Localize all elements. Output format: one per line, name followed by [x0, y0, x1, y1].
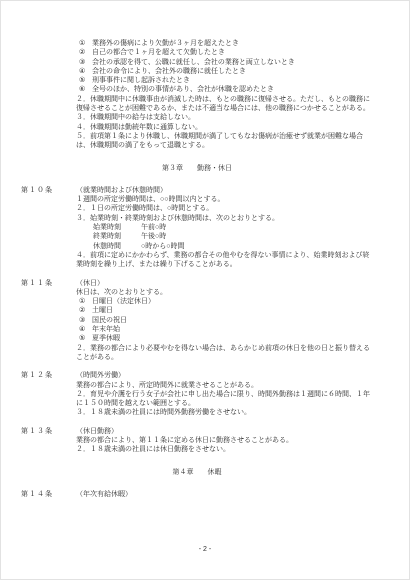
- article-body: （時間外労働）業務の都合により、所定時間外に就業させることがある。２．育児や介護…: [76, 371, 373, 417]
- document-page: ①業務外の傷病により欠勤が３ヶ月を超えたとき②自己の都合で１ヶ月を超えて欠勤した…: [0, 0, 410, 580]
- list-item-text: 業務外の傷病により欠勤が３ヶ月を超えたとき: [92, 39, 373, 48]
- clause-text: ２．業務の都合により必要やむを得ない場合は、あらかじめ前項の休日を他の日と振り替…: [76, 344, 373, 363]
- circled-number-icon: ②: [79, 306, 92, 315]
- clause-text: 業務の都合により、第１１条に定める休日に勤務させることがある。: [76, 436, 373, 445]
- numbered-list-item: ①日曜日（法定休日）: [76, 297, 373, 306]
- numbered-list-item: ④年末年始: [76, 325, 373, 334]
- article-title: （時間外労働）: [76, 371, 373, 380]
- circled-number-icon: ①: [79, 297, 92, 306]
- clause-text: 業務の都合により、所定時間外に就業させることがある。: [76, 381, 373, 390]
- article: 第１２条（時間外労働）業務の都合により、所定時間外に就業させることがある。２．育…: [21, 371, 373, 417]
- schedule-label: 終業時刻: [93, 232, 141, 241]
- circled-number-icon: ④: [79, 325, 92, 334]
- list-item-text: 全号のほか、特別の事情があり、会社が休職を認めたとき: [92, 85, 373, 94]
- numbered-list-item: ⑥全号のほか、特別の事情があり、会社が休職を認めたとき: [76, 85, 373, 94]
- clause-text: 休日は、次のとおりとする。: [76, 288, 373, 297]
- document-body: ①業務外の傷病により欠勤が３ヶ月を超えたとき②自己の都合で１ヶ月を超えて欠勤した…: [21, 39, 373, 508]
- article-number: 第１３条: [21, 427, 76, 455]
- article-number: 第１４条: [21, 490, 76, 499]
- numbered-list-item: ③国民の祝日: [76, 316, 373, 325]
- list-item-text: 刑事事件に関し起訴されたとき: [92, 76, 373, 85]
- schedule-row: 終業時刻午後○時: [76, 232, 373, 241]
- schedule-row: 休憩時間○時から○時間: [76, 242, 373, 251]
- circled-number-icon: ⑤: [79, 76, 92, 85]
- circled-number-icon: ⑥: [79, 85, 92, 94]
- numbered-list-item: ④会社の命令により、会社外の職務に就任したとき: [76, 67, 373, 76]
- clause-text: ２．休職期間中に休職事由が消滅した時は、もとの職務に復帰させる。ただし、もとの職…: [76, 95, 373, 114]
- list-item-text: 国民の祝日: [92, 316, 373, 325]
- circled-number-icon: ③: [79, 316, 92, 325]
- numbered-list-item: ⑤刑事事件に関し起訴されたとき: [76, 76, 373, 85]
- article-body: （年次有給休暇）: [76, 490, 373, 499]
- circled-number-icon: ④: [79, 67, 92, 76]
- list-item-text: 会社の命令により、会社外の職務に就任したとき: [92, 67, 373, 76]
- article-number: 第１１条: [21, 279, 76, 363]
- clause-text: ３．１８歳未満の社員には時間外勤務労働をさせない。: [76, 408, 373, 417]
- article-title: （休日）: [76, 279, 373, 288]
- clause-text: ３．始業時刻・終業時刻および休憩時間は、次のとおりとする。: [76, 214, 373, 223]
- clause-text: ４．休職期間は勤続年数に通算しない。: [76, 123, 373, 132]
- numbered-list-item: ③会社の承認を得て、公職に就任し、会社の業務と両立しないとき: [76, 58, 373, 67]
- clause-text: １週間の所定労働時間は、○○時間以内とする。: [76, 195, 373, 204]
- clause-text: ２．１日の所定労働時間は、○時間とする。: [76, 204, 373, 213]
- circled-number-icon: ①: [79, 39, 92, 48]
- circled-number-icon: ③: [79, 58, 92, 67]
- circled-number-icon: ⑤: [79, 334, 92, 343]
- article-body: （休日）休日は、次のとおりとする。①日曜日（法定休日）②土曜日③国民の祝日④年末…: [76, 279, 373, 363]
- clause-text: ２．育児や介護を行う女子が会社に申し出た場合に限り、時間外勤務は１週間に６時間、…: [76, 390, 373, 409]
- list-item-text: 年末年始: [92, 325, 373, 334]
- article: 第１３条（休日勤務）業務の都合により、第１１条に定める休日に勤務させることがある…: [21, 427, 373, 455]
- schedule-label: 始業時刻: [93, 223, 141, 232]
- article-number: 第１２条: [21, 371, 76, 417]
- chapter-heading: 第４章 休暇: [21, 468, 373, 477]
- article: 第１４条（年次有給休暇）: [21, 490, 373, 499]
- schedule-value: 午後○時: [141, 232, 166, 241]
- article: 第１１条（休日）休日は、次のとおりとする。①日曜日（法定休日）②土曜日③国民の祝…: [21, 279, 373, 363]
- circled-number-icon: ②: [79, 48, 92, 57]
- numbered-list-item: ⑤夏季休暇: [76, 334, 373, 343]
- numbered-list-item: ①業務外の傷病により欠勤が３ヶ月を超えたとき: [76, 39, 373, 48]
- list-item-text: 会社の承認を得て、公職に就任し、会社の業務と両立しないとき: [92, 58, 373, 67]
- list-item-text: 土曜日: [92, 306, 373, 315]
- numbered-list-item: ②土曜日: [76, 306, 373, 315]
- article-body: （就業時間および休憩時間）１週間の所定労働時間は、○○時間以内とする。２．１日の…: [76, 186, 373, 270]
- article-body: （休日勤務）業務の都合により、第１１条に定める休日に勤務させることがある。２．１…: [76, 427, 373, 455]
- article-title: （就業時間および休憩時間）: [76, 186, 373, 195]
- article: 第１０条（就業時間および休憩時間）１週間の所定労働時間は、○○時間以内とする。２…: [21, 186, 373, 270]
- schedule-value: 午前○時: [141, 223, 166, 232]
- clause-text: ２．１８歳未満の社員には休日勤務をさせない。: [76, 445, 373, 454]
- chapter-heading: 第３章 勤務・休日: [21, 164, 373, 173]
- list-item-text: 日曜日（法定休日）: [92, 297, 373, 306]
- list-item-text: 夏季休暇: [92, 334, 373, 343]
- article-title: （休日勤務）: [76, 427, 373, 436]
- continuation-block: ①業務外の傷病により欠勤が３ヶ月を超えたとき②自己の都合で１ヶ月を超えて欠勤した…: [76, 39, 373, 151]
- article-number: 第１０条: [21, 186, 76, 270]
- schedule-row: 始業時刻午前○時: [76, 223, 373, 232]
- clause-text: ４．前項に定めにかかわらず、業務の都合その他やむを得ない事情により、始業時刻およ…: [76, 251, 373, 270]
- clause-text: ５．前項第１条により休職し、休職期間が満了してもなお傷病が治癒せず就業が困難な場…: [76, 132, 373, 151]
- numbered-list-item: ②自己の都合で１ヶ月を超えて欠勤したとき: [76, 48, 373, 57]
- list-item-text: 自己の都合で１ヶ月を超えて欠勤したとき: [92, 48, 373, 57]
- page-number: - 2 -: [1, 546, 409, 553]
- clause-text: ３．休職期間中の給与は支給しない。: [76, 113, 373, 122]
- schedule-label: 休憩時間: [93, 242, 141, 251]
- schedule-value: ○時から○時間: [141, 242, 184, 251]
- article-title: （年次有給休暇）: [76, 490, 373, 499]
